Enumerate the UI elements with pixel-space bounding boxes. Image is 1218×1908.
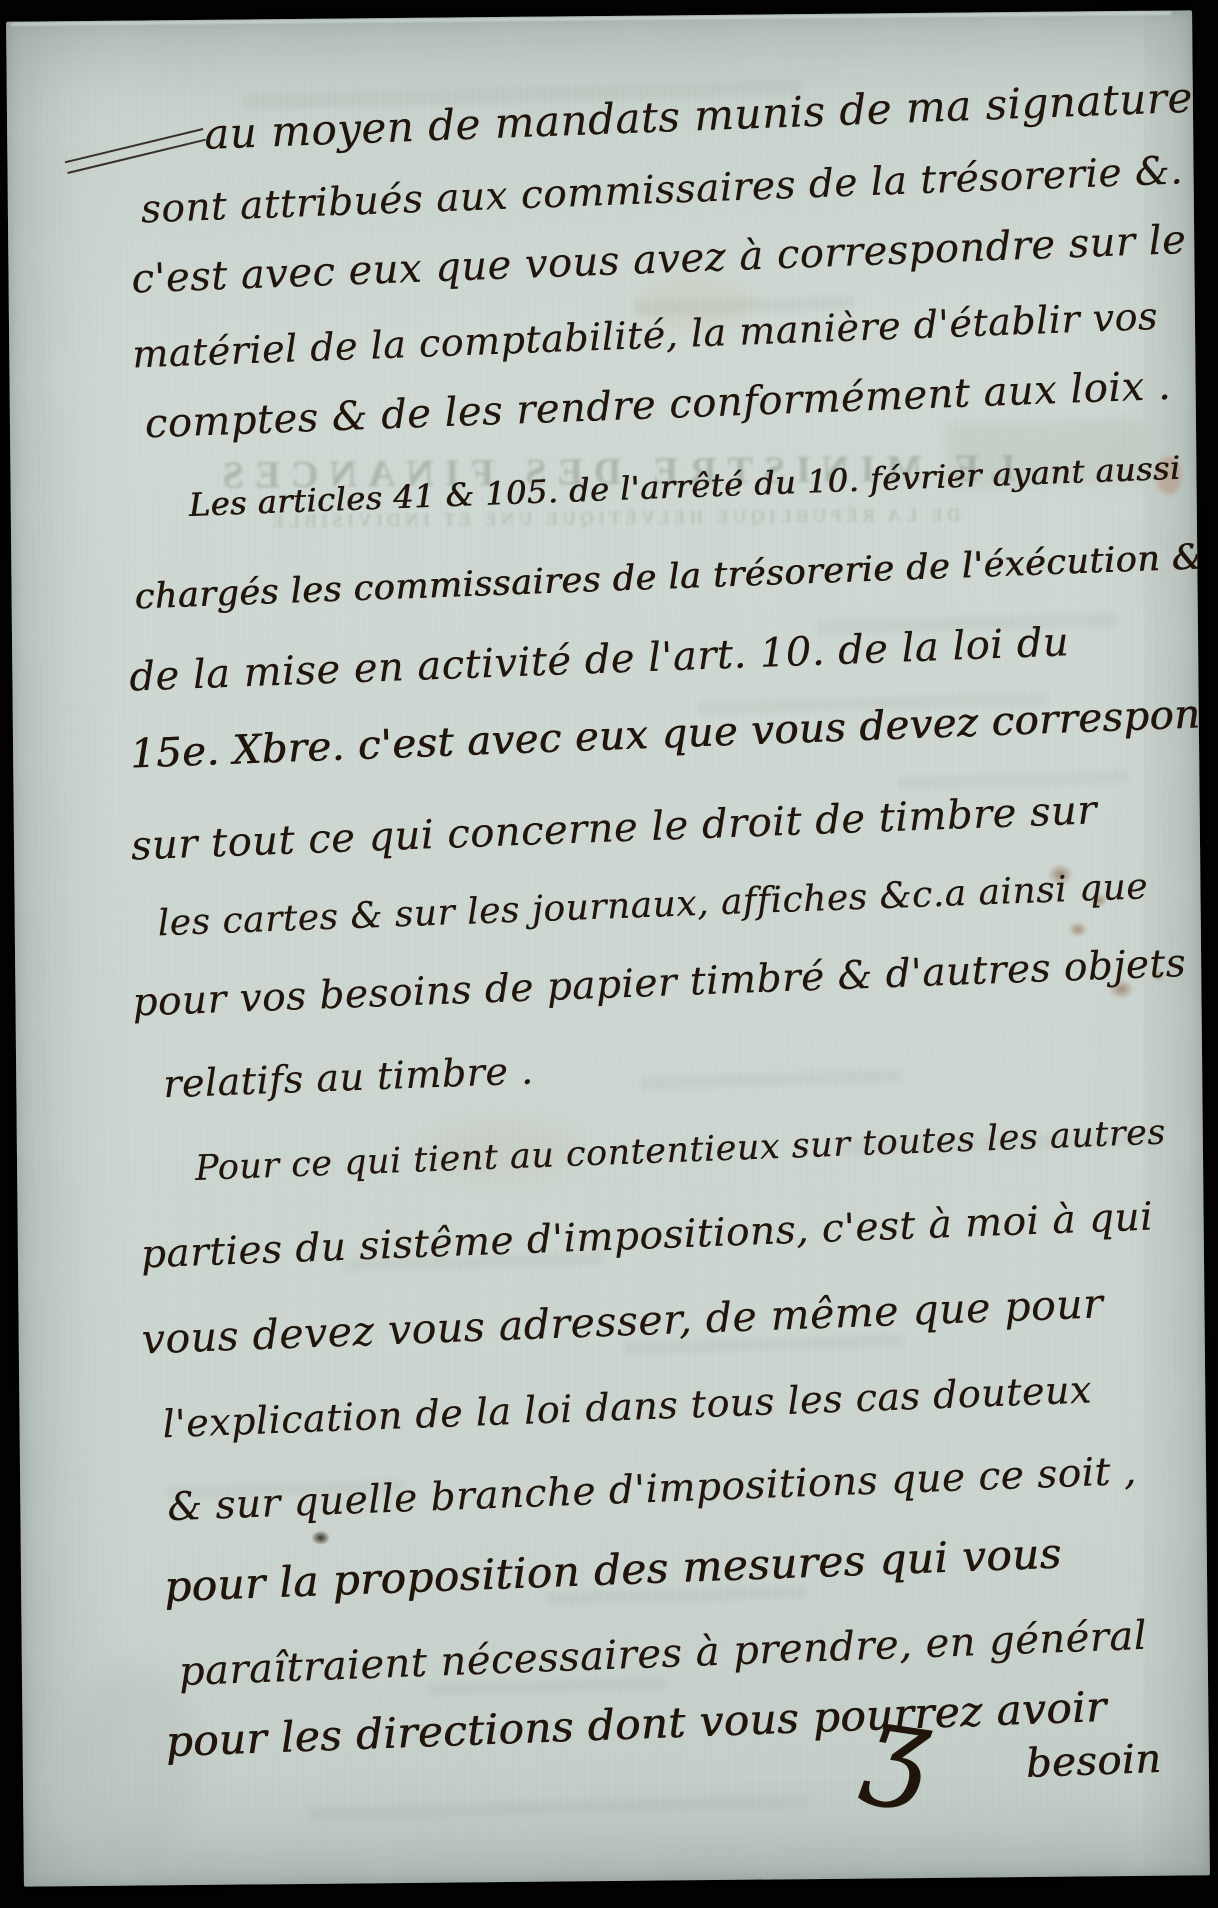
photo-background: LE MINISTRE DES FINANCES DE LA RÉPUBLIQU… xyxy=(0,0,1218,1908)
page-content: LE MINISTRE DES FINANCES DE LA RÉPUBLIQU… xyxy=(6,10,1210,1886)
ink-blot xyxy=(312,1531,330,1545)
letter-page: LE MINISTRE DES FINANCES DE LA RÉPUBLIQU… xyxy=(6,10,1210,1886)
foxing-spot xyxy=(1068,921,1088,937)
closing-word: besoin xyxy=(1025,1736,1162,1787)
